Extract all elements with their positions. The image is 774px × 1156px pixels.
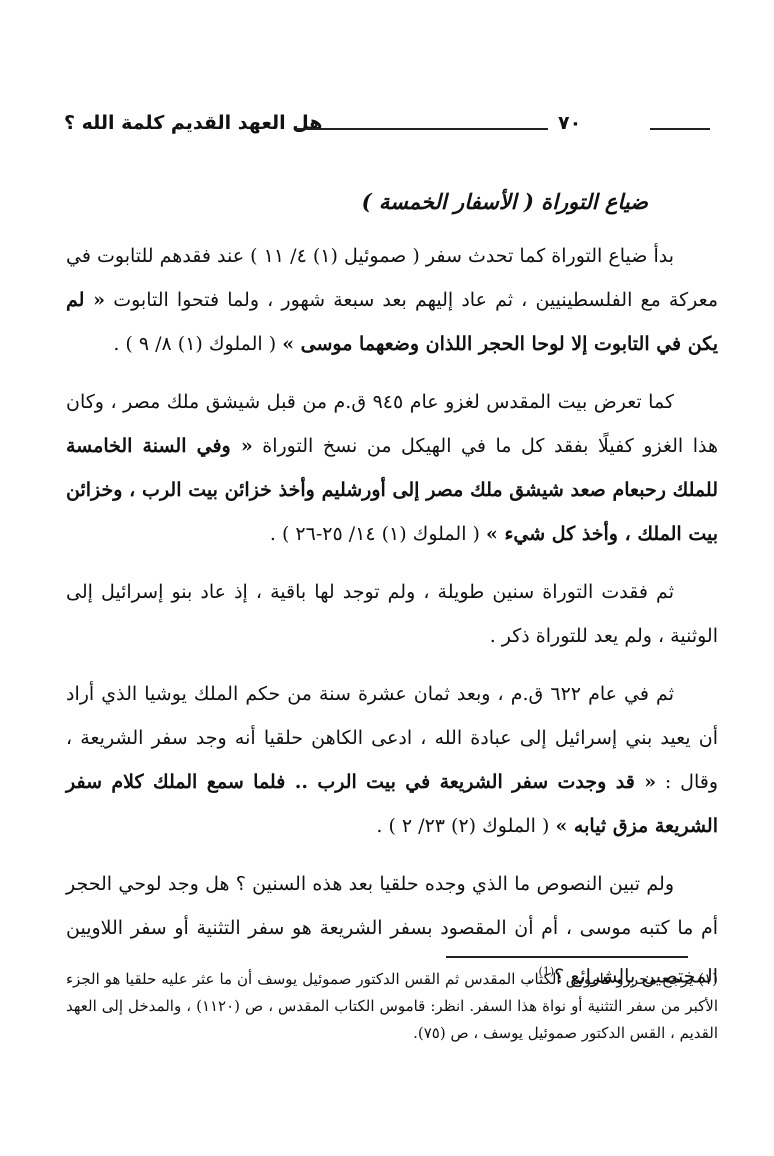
running-title: هل العهد القديم كلمة الله ؟ [64, 112, 322, 134]
header-rule [296, 128, 548, 130]
section-title: ضياع التوراة ( الأسفار الخمسة ) [66, 180, 718, 224]
book-page: هل العهد القديم كلمة الله ؟ ٧٠ ضياع التو… [0, 0, 774, 1156]
paragraph-3: ثم فقدت التوراة سنين طويلة ، ولم توجد له… [66, 570, 718, 658]
footnotes: (١) يرجح محررو قاموس الكتاب المقدس ثم ال… [66, 966, 718, 1047]
paragraph-1: بدأ ضياع التوراة كما تحدث سفر ( صموئيل (… [66, 234, 718, 366]
running-header: هل العهد القديم كلمة الله ؟ ٧٠ [64, 112, 720, 142]
header-rule-short [650, 128, 710, 130]
body-text: ضياع التوراة ( الأسفار الخمسة ) بدأ ضياع… [66, 180, 718, 1012]
footnote-divider [446, 956, 688, 958]
paragraph-4: ثم في عام ٦٢٢ ق.م ، وبعد ثمان عشرة سنة م… [66, 672, 718, 848]
citation: ( الملوك (١) ٨/ ٩ ) . [113, 333, 282, 355]
citation: ( الملوك (١) ١٤/ ٢٥-٢٦ ) . [270, 523, 486, 545]
footnote-1: (١) يرجح محررو قاموس الكتاب المقدس ثم ال… [66, 966, 718, 1047]
citation: ( الملوك (٢) ٢٣/ ٢ ) . [376, 815, 555, 837]
paragraph-2: كما تعرض بيت المقدس لغزو عام ٩٤٥ ق.م من … [66, 380, 718, 556]
paragraph-text: بدأ ضياع التوراة كما تحدث سفر ( صموئيل (… [66, 245, 718, 311]
paragraph-text: ثم فقدت التوراة سنين طويلة ، ولم توجد له… [66, 581, 718, 647]
page-number: ٧٠ [558, 112, 581, 134]
